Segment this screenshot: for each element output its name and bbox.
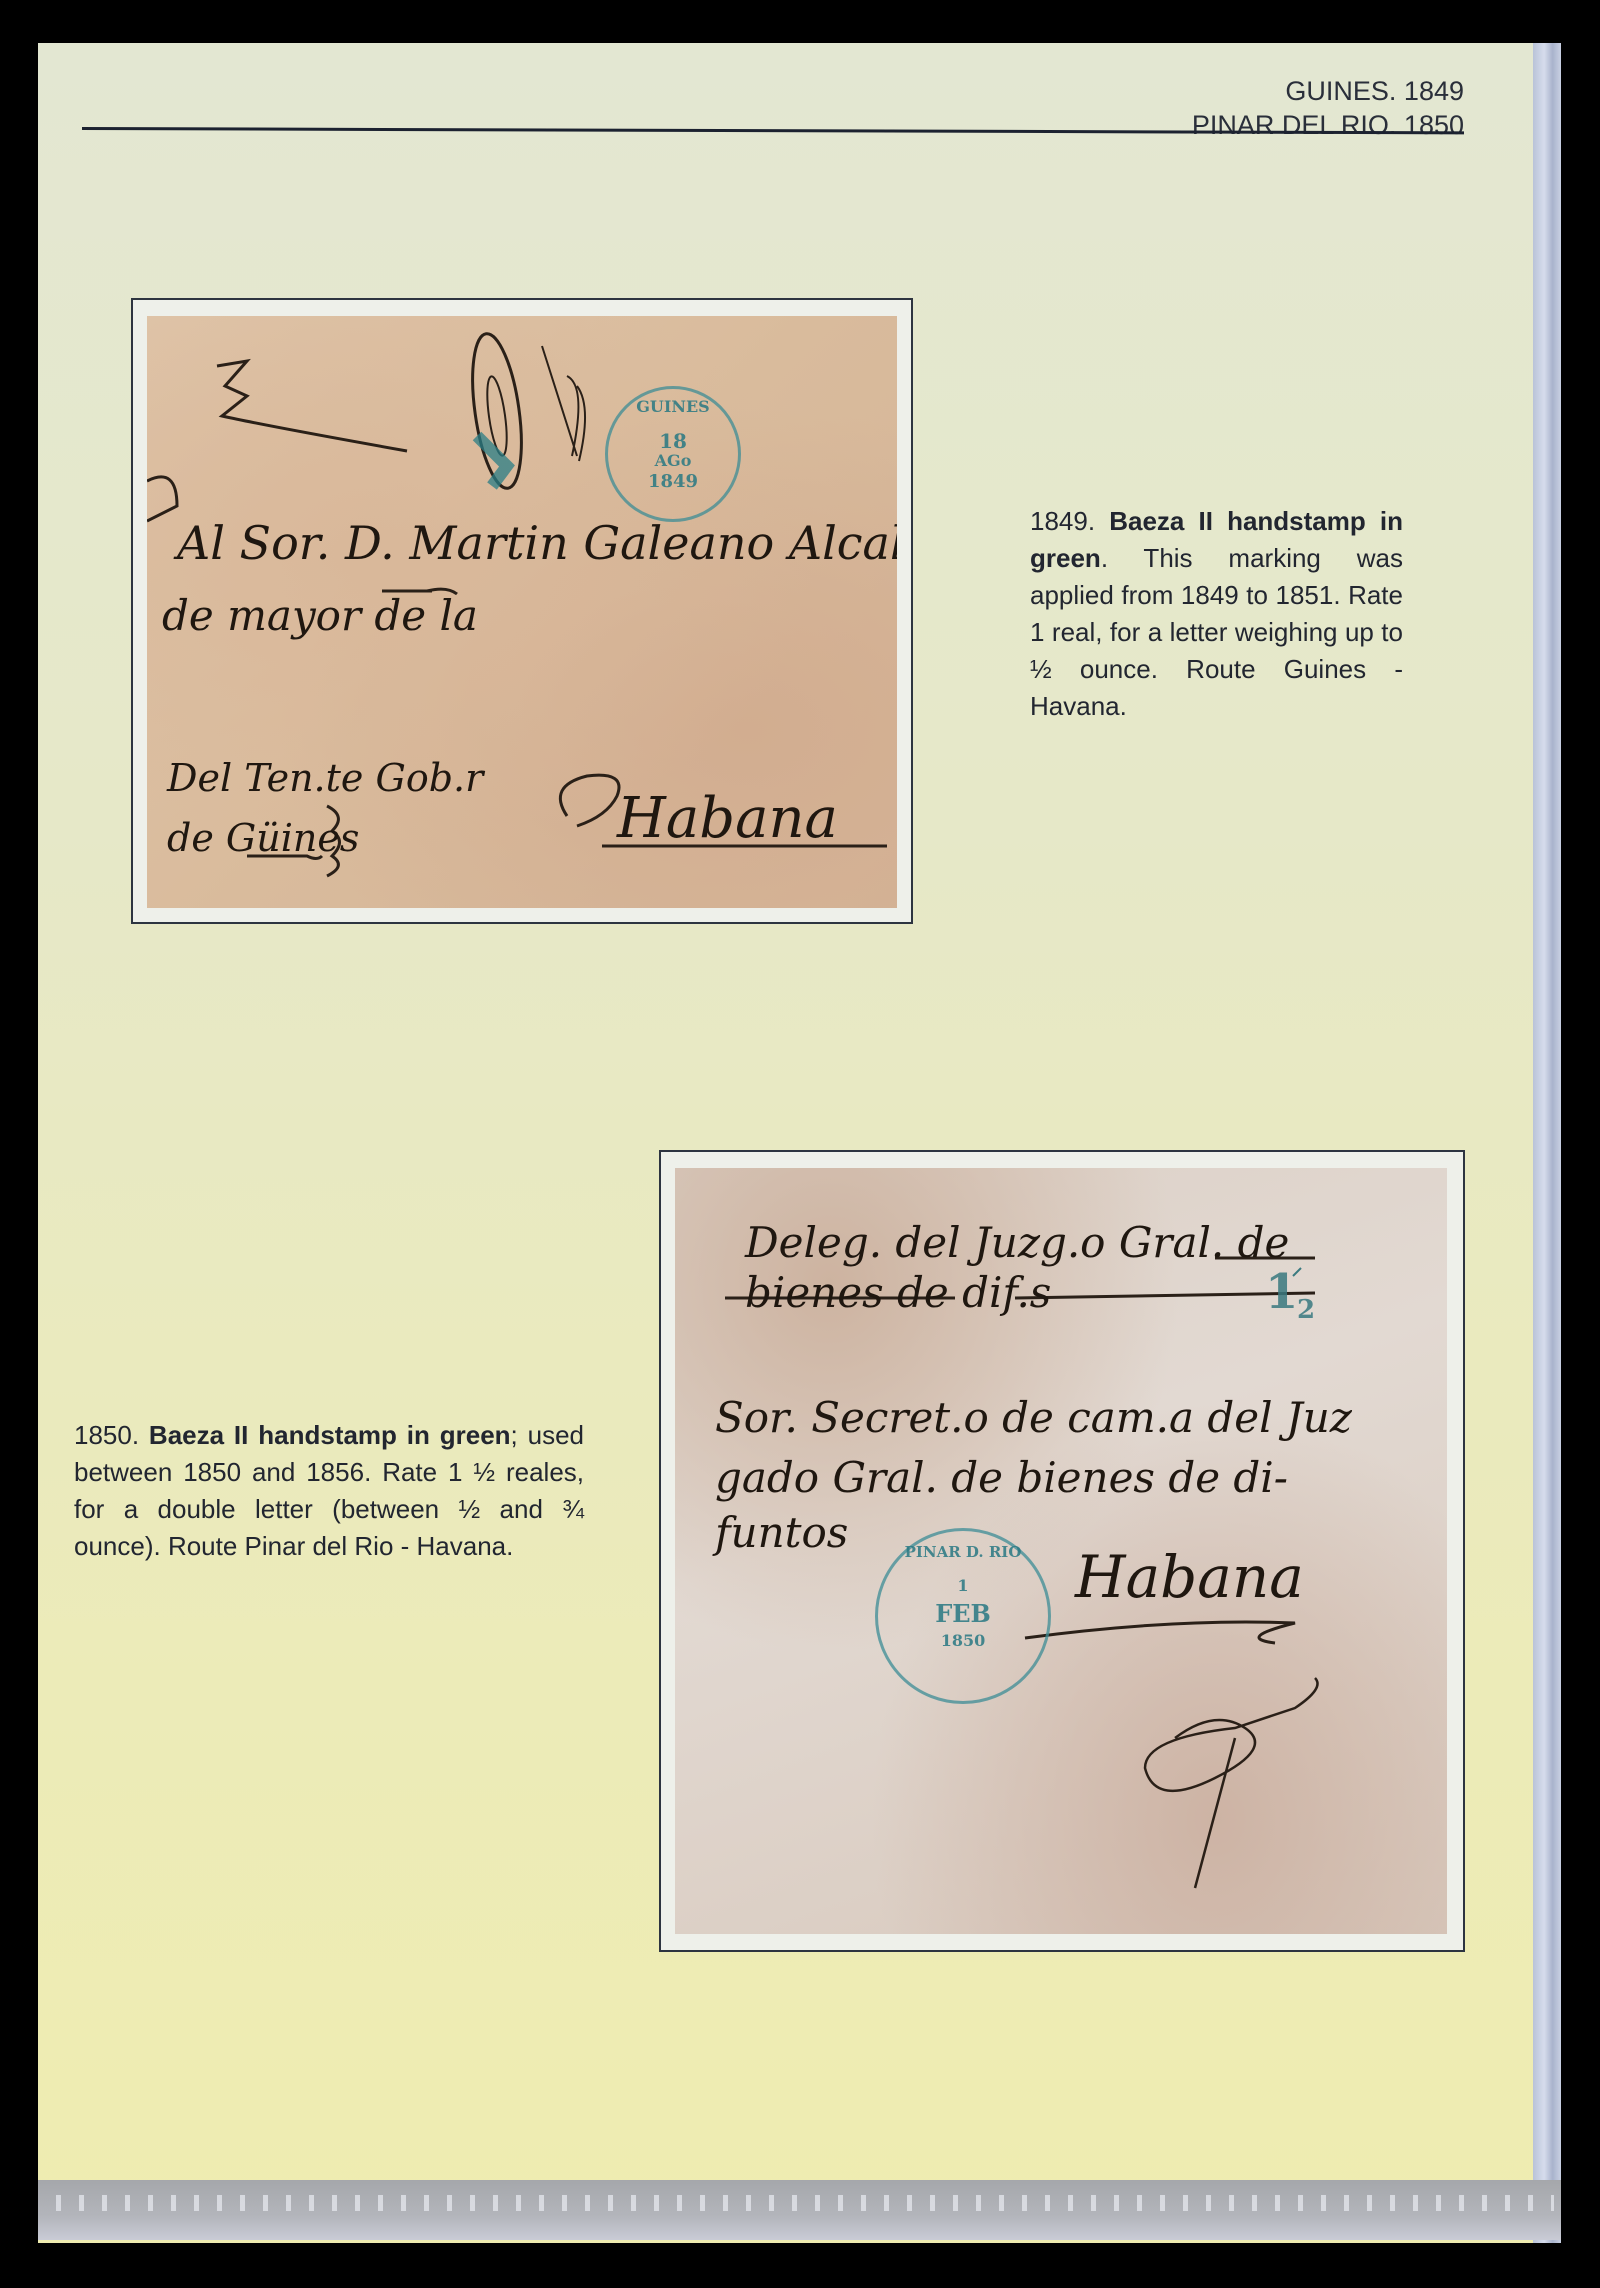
address-line-2: de mayor de la	[162, 591, 478, 640]
address-line-1: Al Sor. D. Martin Galeano Alcal	[177, 516, 897, 570]
address-line-4: gado Gral. de bienes de di-	[715, 1453, 1288, 1502]
postmark-guines: GUINES 18 AGo 1849	[605, 386, 741, 522]
cover-1-guines: 3 Al Sor. D. Martin Galeano Alcal de may…	[147, 316, 897, 908]
sender-line-1: Del Ten.te Gob.r	[167, 756, 483, 800]
cover-frame-1: 3 Al Sor. D. Martin Galeano Alcal de may…	[131, 298, 913, 924]
binding-perforations	[44, 2195, 1554, 2211]
address-line-1: Deleg. del Juzg.o Gral. de	[745, 1218, 1289, 1267]
destination: Habana	[617, 786, 838, 851]
address-line-2: bienes de dif.s	[745, 1268, 1051, 1317]
address-line-3: Sor. Secret.o de cam.a del Juz	[715, 1393, 1352, 1442]
cover-frame-2: 1 2 Deleg. del Juzg.o Gral. de bienes de…	[659, 1150, 1465, 1952]
postmark-pinar-del-rio: PINAR D. RIO 1 FEB 1850	[875, 1528, 1051, 1704]
protective-sleeve-edge	[1533, 43, 1561, 2243]
header-line-1: GUINES. 1849	[1192, 74, 1464, 108]
sender-line-2: de Güines	[167, 816, 359, 860]
caption-1: 1849. Baeza II handstamp in green. This …	[1030, 503, 1403, 725]
svg-text:1: 1	[1265, 1264, 1298, 1320]
caption-2: 1850. Baeza II handstamp in green; used …	[74, 1417, 584, 1565]
address-line-5: funtos	[715, 1508, 848, 1557]
destination: Habana	[1075, 1543, 1304, 1611]
svg-text:2: 2	[1297, 1295, 1315, 1325]
cover-2-pinar-del-rio: 1 2 Deleg. del Juzg.o Gral. de bienes de…	[675, 1168, 1447, 1934]
header-line-2: PINAR DEL RIO. 1850	[1192, 108, 1464, 142]
